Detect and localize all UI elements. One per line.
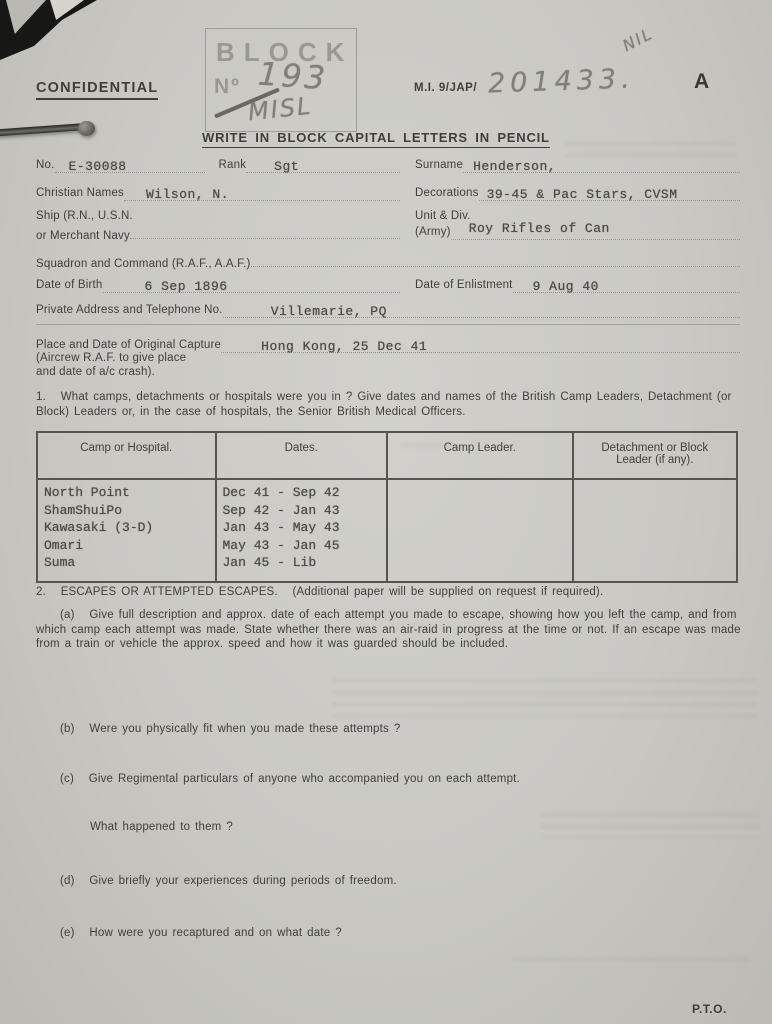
field-row-private-address: Private Address and Telephone No. Villem… <box>36 302 740 318</box>
surname-label: Surname <box>415 159 463 171</box>
field-row-decorations: Decorations 39-45 & Pac Stars, CVSM <box>415 185 740 201</box>
question-1-number: 1. <box>36 391 46 403</box>
field-row-ship: or Merchant Navy <box>36 224 400 242</box>
camp-entry: North Point <box>44 484 209 502</box>
question-2-number: 2. <box>36 586 46 598</box>
camps-table-body-row: North Point ShamShuiPo Kawasaki (3-D) Om… <box>37 479 737 582</box>
paper-fastener-head <box>78 121 95 136</box>
question-2a-label: (a) <box>60 609 75 621</box>
date-entry: Sep 42 - Jan 43 <box>223 502 381 520</box>
question-2c-text: Give Regimental particulars of anyone wh… <box>89 773 520 785</box>
camp-entry: ShamShuiPo <box>44 502 209 520</box>
capture-value: Hong Kong, 25 Dec 41 <box>261 339 427 354</box>
bleed-through-smudge <box>540 812 760 838</box>
date-of-enlistment-value-line: 9 Aug 40 <box>513 277 740 293</box>
rank-label: Rank <box>219 159 247 171</box>
field-row-squadron: Squadron and Command (R.A.F., A.A.F.) <box>36 252 740 270</box>
christian-names-label: Christian Names <box>36 187 124 199</box>
no-value-line: E-30088 <box>55 157 205 173</box>
section-divider-rule <box>36 324 740 325</box>
unit-value-line: Roy Rifles of Can <box>451 224 740 240</box>
question-1-text: 1. What camps, detachments or hospitals … <box>36 390 742 419</box>
question-2e-label: (e) <box>60 927 75 939</box>
date-entry: Dec 41 - Sep 42 <box>223 484 381 502</box>
question-2c-label: (c) <box>60 773 74 785</box>
bleed-through-smudge <box>332 678 758 718</box>
christian-names-value: Wilson, N. <box>146 187 229 202</box>
camp-names-cell: North Point ShamShuiPo Kawasaki (3-D) Om… <box>37 479 216 582</box>
decorations-value-line: 39-45 & Pac Stars, CVSM <box>479 185 740 201</box>
handwritten-nil-note: NIL <box>619 24 656 56</box>
unit-label-line2: (Army) <box>415 226 451 238</box>
private-address-value-line: Villemarie, PQ <box>223 302 740 318</box>
rank-value-line: Sgt <box>246 157 400 173</box>
camps-table-header-row: Camp or Hospital. Dates. Camp Leader. De… <box>37 432 737 479</box>
capture-label-line3: and date of a/c crash). <box>36 366 155 378</box>
question-2b-text: Were you physically fit when you made th… <box>89 723 400 735</box>
handwritten-misl-note: MISL <box>247 92 314 127</box>
ship-value-line <box>130 224 400 239</box>
question-2b: (b) Were you physically fit when you mad… <box>60 722 720 737</box>
squadron-label: Squadron and Command (R.A.F., A.A.F.) <box>36 258 251 270</box>
header-dates: Dates. <box>216 432 388 479</box>
date-entry: Jan 43 - May 43 <box>223 519 381 537</box>
classification-marking: CONFIDENTIAL <box>36 80 158 100</box>
field-row-date-of-enlistment: Date of Enlistment 9 Aug 40 <box>415 277 740 293</box>
bleed-through-smudge <box>400 443 460 455</box>
question-1-body: What camps, detachments or hospitals wer… <box>36 391 732 418</box>
block-number-stamp: BLOCK Nº 193 MISL <box>205 28 357 132</box>
handwritten-reference-number: 201433. <box>488 63 636 99</box>
question-2-note: (Additional paper will be supplied on re… <box>293 586 604 598</box>
camp-dates-cell: Dec 41 - Sep 42 Sep 42 - Jan 43 Jan 43 -… <box>216 479 388 582</box>
question-2b-label: (b) <box>60 723 75 735</box>
question-2-heading: 2. ESCAPES OR ATTEMPTED ESCAPES. (Additi… <box>36 585 742 600</box>
bleed-through-smudge <box>512 957 750 969</box>
field-row-unit: (Army) Roy Rifles of Can <box>415 224 740 240</box>
no-value: E-30088 <box>69 159 127 174</box>
date-of-enlistment-label: Date of Enlistment <box>415 279 513 291</box>
detachment-leader-cell <box>573 479 738 582</box>
private-address-value: Villemarie, PQ <box>271 304 387 319</box>
date-of-enlistment-value: 9 Aug 40 <box>533 279 599 294</box>
question-2a-text: Give full description and approx. date o… <box>36 609 741 650</box>
header-camp-leader: Camp Leader. <box>387 432 573 479</box>
date-of-birth-value-line: 6 Sep 1896 <box>103 277 400 293</box>
squadron-value-line <box>251 252 741 267</box>
camps-table-wrap: Camp or Hospital. Dates. Camp Leader. De… <box>36 431 738 583</box>
field-row-christian-names: Christian Names Wilson, N. <box>36 185 400 201</box>
date-of-birth-label: Date of Birth <box>36 279 103 291</box>
question-2d-text: Give briefly your experiences during per… <box>89 875 396 887</box>
camp-entry: Suma <box>44 554 209 572</box>
christian-names-value-line: Wilson, N. <box>124 185 400 201</box>
date-entry: May 43 - Jan 45 <box>223 537 381 555</box>
decorations-value: 39-45 & Pac Stars, CVSM <box>487 187 678 202</box>
field-row-date-of-birth: Date of Birth 6 Sep 1896 <box>36 277 400 293</box>
camp-entry: Omari <box>44 537 209 555</box>
question-2d-label: (d) <box>60 875 75 887</box>
unit-label-line1: Unit & Div. <box>415 210 471 222</box>
header-camp-or-hospital: Camp or Hospital. <box>37 432 216 479</box>
form-instruction-heading: WRITE IN BLOCK CAPITAL LETTERS IN PENCIL <box>202 130 550 148</box>
capture-label-line1: Place and Date of Original Capture <box>36 339 221 351</box>
question-2c: (c) Give Regimental particulars of anyon… <box>60 772 720 787</box>
unit-value: Roy Rifles of Can <box>469 221 610 236</box>
camps-table: Camp or Hospital. Dates. Camp Leader. De… <box>36 431 738 583</box>
date-of-birth-value: 6 Sep 1896 <box>145 279 228 294</box>
capture-label-line2: (Aircrew R.A.F. to give place <box>36 352 186 364</box>
header-detachment-leader: Detachment or Block Leader (if any). <box>573 432 738 479</box>
question-2a: (a) Give full description and approx. da… <box>36 608 742 652</box>
question-2-title: ESCAPES OR ATTEMPTED ESCAPES. <box>61 586 278 598</box>
no-label: No. <box>36 159 55 171</box>
camp-leader-cell <box>387 479 573 582</box>
scanned-pow-questionnaire-page: { "header": { "classification": "CONFIDE… <box>0 0 772 1024</box>
question-2e: (e) How were you recaptured and on what … <box>60 926 720 941</box>
reference-suffix: A <box>694 70 709 94</box>
camp-entry: Kawasaki (3-D) <box>44 519 209 537</box>
field-row-no-rank: No. E-30088 Rank Sgt <box>36 157 400 173</box>
ship-label-line2: or Merchant Navy <box>36 230 130 242</box>
rank-value: Sgt <box>274 159 299 174</box>
ship-label-line1: Ship (R.N., U.S.N. <box>36 210 133 222</box>
capture-value-line: Hong Kong, 25 Dec 41 <box>221 337 740 353</box>
bleed-through-smudge <box>565 141 737 163</box>
private-address-label: Private Address and Telephone No. <box>36 304 223 316</box>
stamp-no-label: Nº <box>214 75 241 99</box>
question-2d: (d) Give briefly your experiences during… <box>60 874 720 889</box>
question-2e-text: How were you recaptured and on what date… <box>89 927 341 939</box>
field-row-capture: Place and Date of Original Capture Hong … <box>36 337 740 353</box>
date-entry: Jan 45 - Lib <box>223 554 381 572</box>
pto-marking: P.T.O. <box>692 1002 727 1016</box>
surname-value: Henderson, <box>473 159 556 174</box>
decorations-label: Decorations <box>415 187 479 199</box>
reference-prefix: M.I. 9/JAP/ <box>414 82 477 94</box>
